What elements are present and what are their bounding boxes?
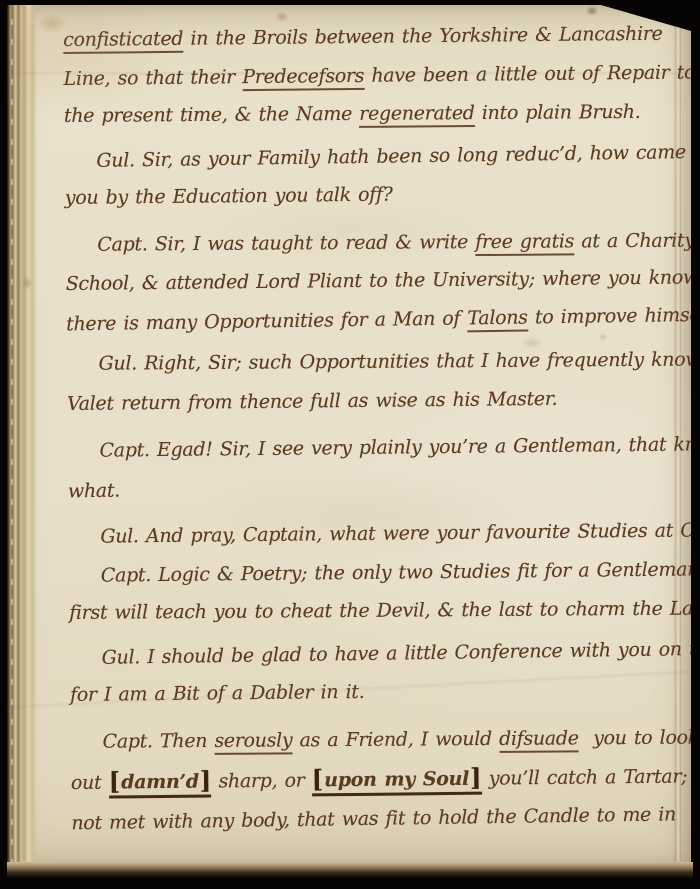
manuscript-text-block: confisticated in the Broils between the …	[63, 15, 686, 841]
text-segment: out	[71, 772, 109, 794]
manuscript-line: Gul. And pray, Captain, what were your f…	[68, 512, 682, 557]
manuscript-line: the present time, & the Name regenerated…	[64, 93, 678, 136]
manuscript-line: not met with any body, that was fit to h…	[71, 795, 686, 843]
underlined-word: Predecefsors	[242, 64, 364, 90]
underlined-word: confisticated	[63, 28, 183, 54]
manuscript-line: Gul. Right, Sir; such Opportunities that…	[66, 341, 680, 384]
manuscript-page: confisticated in the Broils between the …	[7, 5, 691, 868]
manuscript-line: there is many Opportunities for a Man of…	[66, 296, 681, 344]
text-segment: Capt. Egad! Sir, I see very plainly you’…	[99, 432, 691, 461]
text-segment: you to look	[579, 726, 691, 749]
text-segment: Line, so that their	[63, 66, 242, 90]
manuscript-line: Capt. Logic & Poetry; the only two Studi…	[69, 550, 683, 595]
text-segment: first will teach you to cheat the Devil,…	[69, 597, 691, 624]
underlined-word: serously	[214, 729, 292, 755]
manuscript-line: what.	[68, 463, 683, 511]
bracketed-phrase: damn’d	[109, 770, 212, 798]
text-segment: not met with any body, that was fit to h…	[71, 803, 676, 834]
book-binding-edge	[7, 5, 37, 868]
underlined-word: Talons	[467, 306, 528, 332]
underlined-word: regenerated	[359, 102, 475, 128]
text-segment: Capt. Sir, I was taught to read & write	[97, 231, 475, 256]
manuscript-line: confisticated in the Broils between the …	[63, 15, 677, 60]
manuscript-line: Capt. Then serously as a Friend, I would…	[70, 718, 684, 761]
manuscript-line: out damn’d sharp, or upon my Soul you’ll…	[71, 756, 685, 803]
manuscript-line: Line, so that their Predecefsors have be…	[63, 53, 677, 98]
text-segment: School, & attended Lord Pliant to the Un…	[66, 266, 691, 295]
manuscript-line: Valet return from thence full as wise as…	[67, 378, 681, 423]
manuscript-line: first will teach you to cheat the Devil,…	[69, 590, 683, 633]
manuscript-line: Capt. Sir, I was taught to read & write …	[65, 221, 679, 264]
text-segment: you’ll catch a Tartar; for I have	[481, 764, 691, 789]
text-segment: to improve himself.	[527, 303, 691, 328]
text-segment: Gul. And pray, Captain, what were your f…	[100, 519, 691, 548]
text-segment: the present time, & the Name	[64, 103, 359, 127]
text-segment: in the Broils between the Yorkshire & La…	[183, 23, 663, 50]
text-segment: what.	[68, 479, 120, 502]
bracketed-phrase: upon my Soul	[312, 768, 482, 797]
text-segment: Valet return from thence full as wise as…	[67, 387, 557, 414]
text-segment: Gul. I should be glad to have a little C…	[102, 636, 691, 668]
text-segment: as a Friend, I would	[292, 727, 499, 750]
text-segment: at a Charity-	[574, 229, 691, 252]
underlined-word: difsuade	[499, 727, 579, 753]
text-segment: Gul. Right, Sir; such Opportunities that…	[99, 348, 691, 374]
text-segment: there is many Opportunities for a Man of	[66, 307, 468, 335]
text-segment: Capt. Then	[102, 729, 214, 752]
text-segment: Capt. Logic & Poetry; the only two Studi…	[101, 557, 691, 586]
text-segment: you by the Education you talk off?	[65, 184, 393, 209]
underlined-phrase: free gratis	[475, 230, 574, 256]
text-segment: into plain Brush.	[475, 101, 641, 124]
text-segment: for I am a Bit of a Dabler in it.	[70, 681, 365, 706]
text-segment: sharp, or	[211, 769, 312, 792]
text-segment: have been a little out of Repair to	[364, 61, 691, 86]
page-bottom-edge	[7, 862, 693, 878]
text-segment: Gul. Sir, as your Family hath been so lo…	[96, 141, 686, 172]
